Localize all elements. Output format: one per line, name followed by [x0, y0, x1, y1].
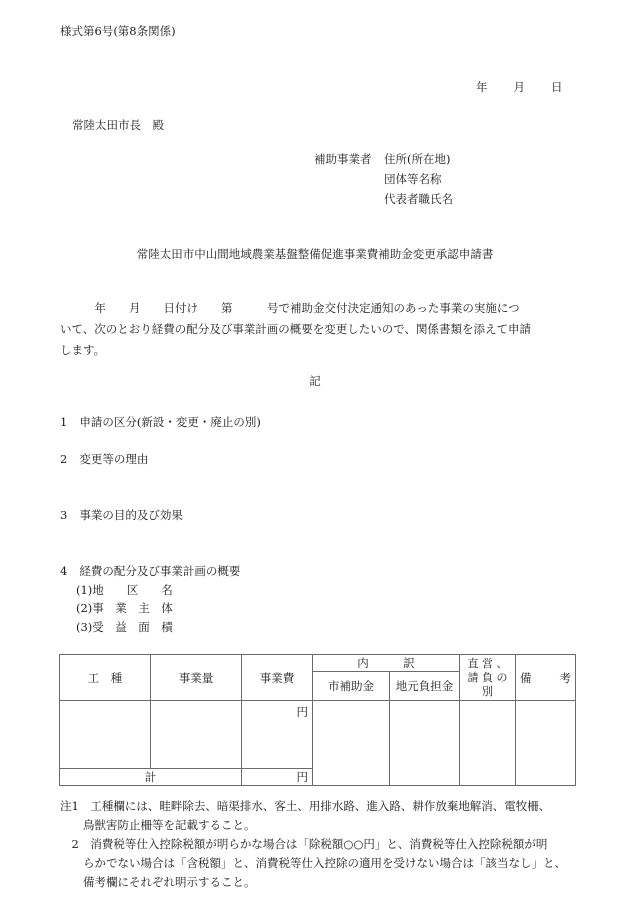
body-line-2: いて、次のとおり経費の配分及び事業計画の概要を変更したいので、関係書類を添えて申…: [60, 319, 560, 340]
document-title: 常陸太田市中山間地域農業基盤整備促進事業費補助金変更承認申請書: [0, 249, 630, 261]
cell-kind[interactable]: [60, 701, 151, 769]
subsection-benefit-area: (3)受 益 面 積: [76, 622, 173, 634]
header-quantity: 事業量: [151, 655, 242, 701]
section-number: 2: [60, 452, 67, 466]
total-label: 計: [60, 769, 242, 786]
ki-marker: 記: [0, 376, 630, 388]
note-line-4: らかでない場合は「含税額」と、消費税等仕入控除の適用を受けない場合は「該当なし」…: [60, 854, 566, 873]
date-year: 年: [476, 82, 488, 94]
applicant-label: 補助事業者: [314, 154, 372, 166]
note-line-3: 2 消費税等仕入控除税額が明らかな場合は「除税額○○円」と、消費税等仕入控除税額…: [60, 835, 547, 854]
section-number: 4: [60, 564, 67, 578]
total-cost[interactable]: 円: [242, 769, 313, 786]
section-2: 2変更等の理由: [60, 454, 148, 466]
header-direct-or-contract: 直 営 、 請 負 の 別: [460, 655, 516, 701]
applicant-org-name: 団体等名称: [384, 174, 442, 186]
section-4: 4経費の配分及び事業計画の概要: [60, 566, 240, 578]
cell-city-subsidy[interactable]: [313, 701, 390, 786]
cell-remarks[interactable]: [516, 701, 576, 786]
header-direct-line-1: 直 営 、: [460, 657, 515, 671]
header-city-subsidy: 市補助金: [313, 672, 390, 701]
header-cost: 事業費: [242, 655, 313, 701]
body-line-3: します。: [60, 340, 560, 361]
section-label: 経費の配分及び事業計画の概要: [79, 564, 240, 578]
note-line-1: 注1 工種欄には、畦畔除去、暗渠排水、客土、用排水路、進入路、耕作放棄地解消、電…: [60, 797, 550, 816]
header-remarks-right: 考: [560, 670, 572, 686]
cell-direct-or-contract[interactable]: [460, 701, 516, 786]
applicant-representative: 代表者職氏名: [384, 194, 453, 206]
body-line-1: 年 月 日付け 第 号で補助金交付決定通知のあった事業の実施につ: [60, 298, 560, 319]
body-paragraph: 年 月 日付け 第 号で補助金交付決定通知のあった事業の実施につ いて、次のとお…: [60, 298, 560, 361]
section-1: 1申請の区分(新設・変更・廃止の別): [60, 417, 261, 429]
budget-table: 工 種 事業量 事業費 内 訳 直 営 、 請 負 の 別 備考 市補助金 地元…: [59, 654, 576, 786]
header-local-burden: 地元負担金: [390, 672, 460, 701]
header-kind: 工 種: [60, 655, 151, 701]
cell-cost[interactable]: 円: [242, 701, 313, 769]
section-label: 事業の目的及び効果: [79, 508, 183, 522]
form-number: 様式第6号(第8条関係): [60, 26, 176, 38]
note-line-2: 鳥獣害防止柵等を記載すること。: [60, 816, 256, 835]
cell-local-burden[interactable]: [390, 701, 460, 786]
header-breakdown: 内 訳: [313, 655, 460, 672]
cell-quantity[interactable]: [151, 701, 242, 769]
header-remarks-left: 備: [520, 670, 532, 686]
date-month: 月: [514, 82, 526, 94]
applicant-address: 住所(所在地): [384, 154, 450, 166]
header-direct-line-3: 別: [460, 685, 515, 699]
date-line: 年月日: [476, 82, 563, 94]
section-label: 変更等の理由: [79, 452, 148, 466]
header-direct-line-2: 請 負 の: [460, 671, 515, 685]
addressee: 常陸太田市長 殿: [72, 120, 164, 132]
date-day: 日: [551, 82, 563, 94]
section-number: 1: [60, 415, 67, 429]
section-number: 3: [60, 508, 67, 522]
subsection-project-entity: (2)事 業 主 体: [76, 603, 173, 615]
section-label: 申請の区分(新設・変更・廃止の別): [79, 415, 260, 429]
subsection-district-name: (1)地 区 名: [76, 585, 173, 597]
header-remarks: 備考: [516, 655, 576, 701]
note-line-5: 備考欄にそれぞれ明示すること。: [60, 873, 256, 892]
section-3: 3事業の目的及び効果: [60, 510, 183, 522]
